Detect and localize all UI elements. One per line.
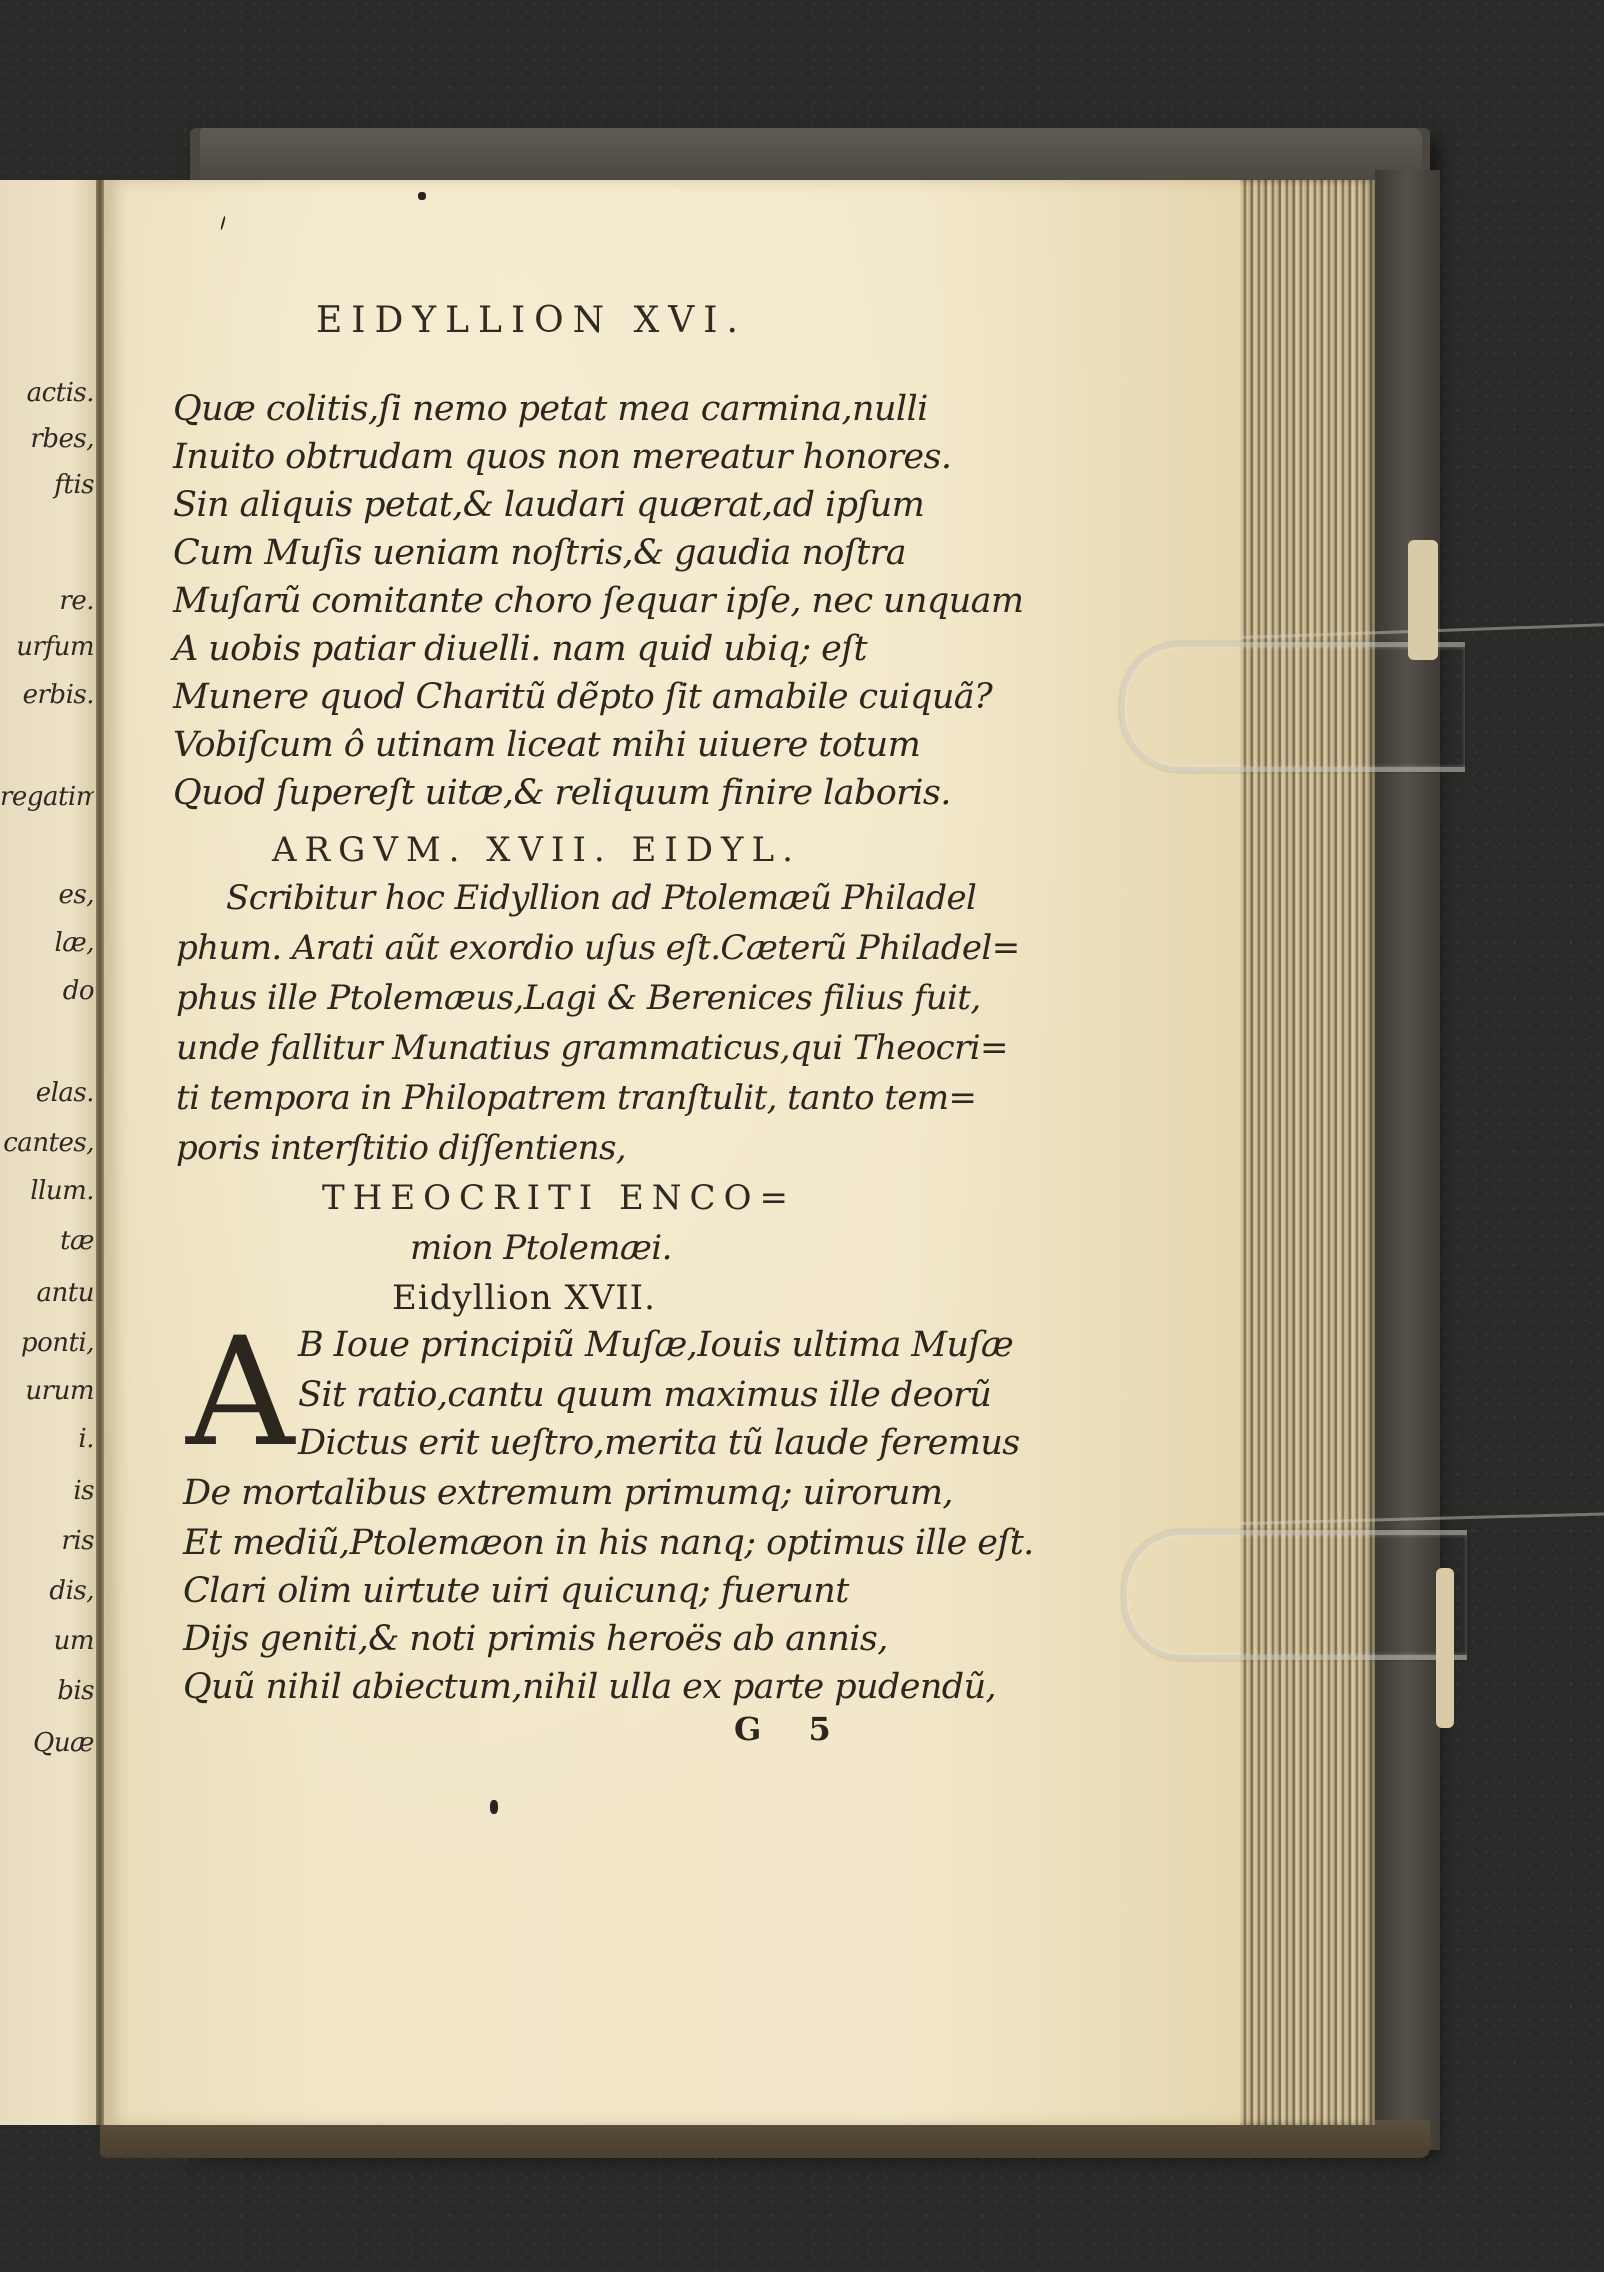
cover-bottom-edge (100, 2120, 1430, 2158)
poem-title-line-3: Eidyllion XVII. (392, 1278, 656, 1318)
verse-line: B Ioue principiũ Muſæ,Iouis ultima Muſæ (298, 1328, 1013, 1363)
signature-mark: G 5 (734, 1710, 849, 1748)
left-line-ending: urfum (0, 632, 94, 662)
poem-title-line-2: mion Ptolemæi. (410, 1228, 672, 1268)
left-line-ending: ftis (0, 470, 94, 500)
left-line-ending: antu (0, 1278, 94, 1308)
verse-line: Dictus erit ueſtro,merita tũ laude ferem… (298, 1426, 1020, 1461)
verse-line: Quũ nihil abiectum,nihil ulla ex parte p… (183, 1670, 996, 1705)
cover-right-edge (1375, 170, 1440, 2150)
verse-line: Sin aliquis petat,& laudari quærat,ad ip… (173, 488, 924, 523)
left-line-ending: elas. (0, 1078, 94, 1108)
argument-line: phum. Arati aũt exordio uſus eſt.Cæterũ … (176, 928, 1020, 968)
left-line-ending: urum (0, 1376, 94, 1406)
argument-line: ti tempora in Philopatrem tranſtulit, ta… (176, 1078, 976, 1118)
poem-title-line-1: THEOCRITI ENCO= (322, 1178, 796, 1218)
cover-top-edge (200, 128, 1422, 186)
left-line-ending: rbes, (0, 424, 94, 454)
verse-line: Quæ colitis,ſi nemo petat mea carmina,nu… (173, 392, 928, 427)
argument-line: phus ille Ptolemæus,Lagi & Berenices fil… (176, 978, 981, 1018)
verse-line: A uobis patiar diuelli. nam quid ubiq; e… (173, 632, 867, 667)
left-line-ending: es, (0, 880, 94, 910)
ink-speck (418, 192, 426, 200)
verse-line: Quod ſupereſt uitæ,& reliquum finire lab… (173, 776, 951, 811)
left-line-ending: re. (0, 586, 94, 616)
verse-line: Et mediũ,Ptolemæon in his nanq; optimus … (183, 1526, 1034, 1561)
left-line-ending: um (0, 1626, 94, 1656)
left-line-ending: erbis. (0, 680, 94, 710)
ink-speck (490, 1800, 498, 1814)
left-page: actis. rbes, ftis re. urfum erbis. regat… (0, 180, 100, 2125)
left-line-ending: is (0, 1476, 94, 1506)
page-clip-upper (1120, 642, 1465, 772)
argument-line: poris interſtitio diſſentiens, (176, 1128, 626, 1168)
page-fore-edge (1240, 180, 1375, 2125)
verse-line: Sit ratio,cantu quum maximus ille deorũ (298, 1378, 991, 1413)
verse-line: De mortalibus extremum primumq; uirorum, (183, 1476, 953, 1511)
left-line-ending: ris (0, 1526, 94, 1556)
left-line-ending: ponti, (0, 1328, 94, 1358)
verse-line: Munere quod Charitũ dẽpto ſit amabile cu… (173, 680, 992, 715)
binding-tear (1436, 1568, 1454, 1728)
argument-line: unde fallitur Munatius grammaticus,qui T… (176, 1028, 1008, 1068)
left-line-ending: læ, (0, 928, 94, 958)
verse-line: Muſarũ comitante choro ſequar ipſe, nec … (173, 584, 1024, 619)
left-line-ending: regatim. (0, 782, 94, 812)
verse-line: Vobiſcum ô utinam liceat mihi uiuere tot… (173, 728, 920, 763)
drop-cap-initial: A (186, 1318, 294, 1468)
left-catchword: Quæ (0, 1728, 94, 1758)
gutter (96, 180, 104, 2125)
binding-tear (1408, 540, 1438, 660)
verse-line: Cum Muſis ueniam noſtris,& gaudia noſtra (173, 536, 906, 571)
left-line-ending: i. (0, 1424, 94, 1454)
left-line-ending: do (0, 976, 94, 1006)
verse-line: Inuito obtrudam quos non mereatur honore… (173, 440, 951, 475)
argument-line: Scribitur hoc Eidyllion ad Ptolemæũ Phil… (226, 878, 976, 918)
left-line-ending: dis, (0, 1576, 94, 1606)
left-line-ending: llum. (0, 1176, 94, 1206)
left-line-ending: cantes, (0, 1128, 94, 1158)
left-line-ending: tæ (0, 1226, 94, 1256)
left-line-ending: actis. (0, 378, 94, 408)
argument-heading: ARGVM. XVII. EIDYL. (272, 830, 801, 870)
left-line-ending: bis (0, 1676, 94, 1706)
page-clip-lower (1122, 1530, 1467, 1660)
running-head: EIDYLLION XVI. (316, 300, 747, 341)
verse-line: Dijs geniti,& noti primis heroës ab anni… (183, 1622, 888, 1657)
verse-line: Clari olim uirtute uiri quicunq; fuerunt (183, 1574, 849, 1609)
